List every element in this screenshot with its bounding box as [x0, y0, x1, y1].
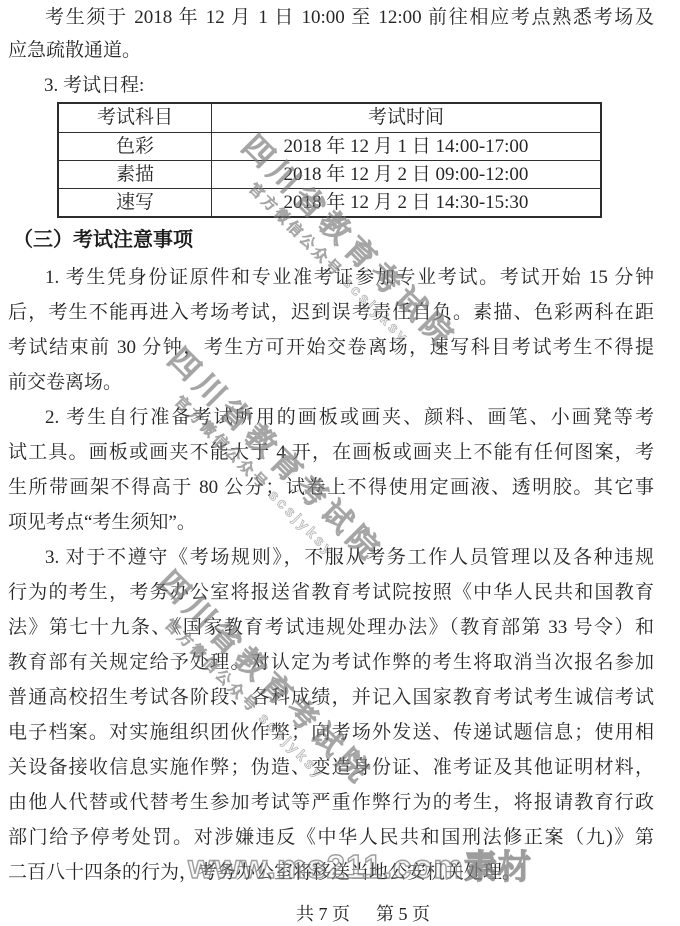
text-line: 教育部有关规定给予处理。对认定为考试作弊的考生将取消当次报名参加: [8, 645, 654, 680]
current-page: 第 5 页: [376, 904, 430, 924]
text-line: 1. 考生凭身份证原件和专业准考证参加专业考试。考试开始 15 分钟: [8, 260, 654, 295]
table-cell-subject: 色彩: [58, 133, 212, 161]
exam-schedule-table: 考试科目 考试时间 色彩 2018 年 12 月 1 日 14:00-17:00…: [57, 102, 602, 218]
table-row: 色彩 2018 年 12 月 1 日 14:00-17:00: [58, 133, 601, 161]
table-cell-time: 2018 年 12 月 2 日 09:00-12:00: [212, 161, 602, 189]
table-cell-time: 2018 年 12 月 1 日 14:00-17:00: [212, 133, 602, 161]
table-header-row: 考试科目 考试时间: [58, 103, 601, 133]
text-line: 后，考生不能再进入考场考试，迟到误考责任自负。素描、色彩两科在距: [8, 295, 654, 330]
text-line: 生所带画架不得高于 80 公分；试卷上不得使用定画液、透明胶。其它事: [8, 470, 654, 505]
text-line: 行为的考生，考务办公室将报送省教育考试院按照《中华人民共和国教育: [8, 575, 654, 610]
intro-paragraph: 考生须于 2018 年 12 月 1 日 10:00 至 12:00 前往相应考…: [8, 1, 654, 67]
total-pages: 共 7 页: [296, 904, 350, 924]
text-line: 法》第七十九条、《国家教育考试违规处理办法》（教育部第 33 号令）和: [8, 610, 654, 645]
table-header-subject: 考试科目: [58, 103, 212, 133]
text-line: 由他人代替或代替考生参加考试等严重作弊行为的考生，将报请教育行政: [8, 785, 654, 820]
text-line: 2. 考生自行准备考试所用的画板或画夹、颜料、画笔、小画凳等考: [8, 400, 654, 435]
page-footer: 共 7 页第 5 页: [23, 900, 680, 926]
table-header-time: 考试时间: [212, 103, 602, 133]
table-row: 速写 2018 年 12 月 2 日 14:30-15:30: [58, 189, 601, 218]
text-line: 关设备接收信息实施作弊；伪造、变造身份证、准考证及其他证明材料，: [8, 750, 654, 785]
text-line: 电子档案。对实施组织团伙作弊；向考场外发送、传递试题信息；使用相: [8, 715, 654, 750]
text-line: 项见考点“考生须知”。: [8, 505, 654, 540]
text-line: 考试结束前 30 分钟，考生方可开始交卷离场，速写科目考试考生不得提: [8, 330, 654, 365]
table-row: 素描 2018 年 12 月 2 日 09:00-12:00: [58, 161, 601, 189]
text-line: 普通高校招生考试各阶段、各科成绩，并记入国家教育考试考生诚信考试: [8, 680, 654, 715]
text-line: 3. 对于不遵守《考场规则》，不服从考务工作人员管理以及各种违规: [8, 540, 654, 575]
text-line: 二百八十四条的行为，考务办公室将移送当地公安机关处理。: [8, 855, 654, 890]
schedule-heading: 3. 考试日程:: [44, 73, 144, 99]
table-cell-subject: 素描: [58, 161, 212, 189]
document-page: 考生须于 2018 年 12 月 1 日 10:00 至 12:00 前往相应考…: [0, 0, 680, 926]
text-line: 考生须于 2018 年 12 月 1 日 10:00 至 12:00 前往相应考…: [8, 1, 654, 34]
table-cell-subject: 速写: [58, 189, 212, 218]
text-line: 试工具。画板或画夹不能大于 4 开，在画板或画夹上不能有任何图案，考: [8, 435, 654, 470]
text-line: 部门给予停考处罚。对涉嫌违反《中华人民共和国刑法修正案（九)》第: [8, 820, 654, 855]
section-heading: （三）考试注意事项: [13, 227, 193, 253]
text-line: 前交卷离场。: [8, 365, 654, 400]
table-cell-time: 2018 年 12 月 2 日 14:30-15:30: [212, 189, 602, 218]
text-line: 应急疏散通道。: [8, 34, 654, 67]
notice-paragraphs: 1. 考生凭身份证原件和专业准考证参加专业考试。考试开始 15 分钟 后，考生不…: [8, 260, 654, 890]
